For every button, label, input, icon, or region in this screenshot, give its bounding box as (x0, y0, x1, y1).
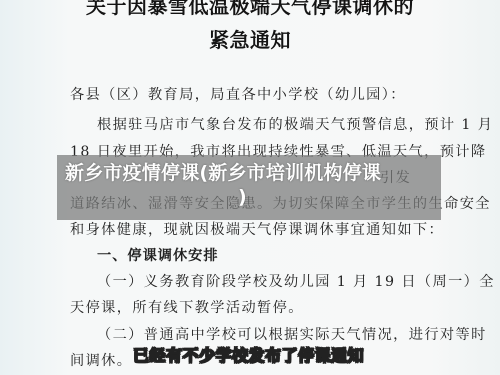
addressee: 各县（区）教育局，局直各中小学校（幼儿园）： (70, 84, 406, 104)
headline-text: 新乡市疫情停课(新乡市培训机构停课 (65, 158, 381, 185)
item-2-line-1: （二）普通高中学校可以根据实际天气情况，进行对等时 (97, 324, 487, 344)
document-page: 关于因暴雪低温极端天气停课调休的 紧急通知 各县（区）教育局，局直各中小学校（幼… (0, 0, 500, 375)
section-heading: 一、停课调休安排 (97, 245, 219, 265)
paragraph-line-5: 和身体健康，现就因极端天气停课调休事宜通知如下： (70, 219, 444, 239)
document-title-line-2: 紧急通知 (0, 24, 500, 53)
document-title-line-1: 关于因暴雪低温极端天气停课调休的 (0, 0, 500, 19)
item-1-line-2: 天停课，所有线下教学活动暂停。 (70, 297, 304, 317)
paragraph-line-1: 根据驻马店市气象台发布的极端天气预警信息，预计 1 月 (97, 114, 493, 134)
item-1-line-1: （一）义务教育阶段学校及幼儿园 1 月 19 日（周一）全 (97, 271, 495, 291)
video-caption: 已经有不少学校发布了停课通知 (133, 343, 364, 366)
headline-text-continued: ) (238, 186, 247, 208)
